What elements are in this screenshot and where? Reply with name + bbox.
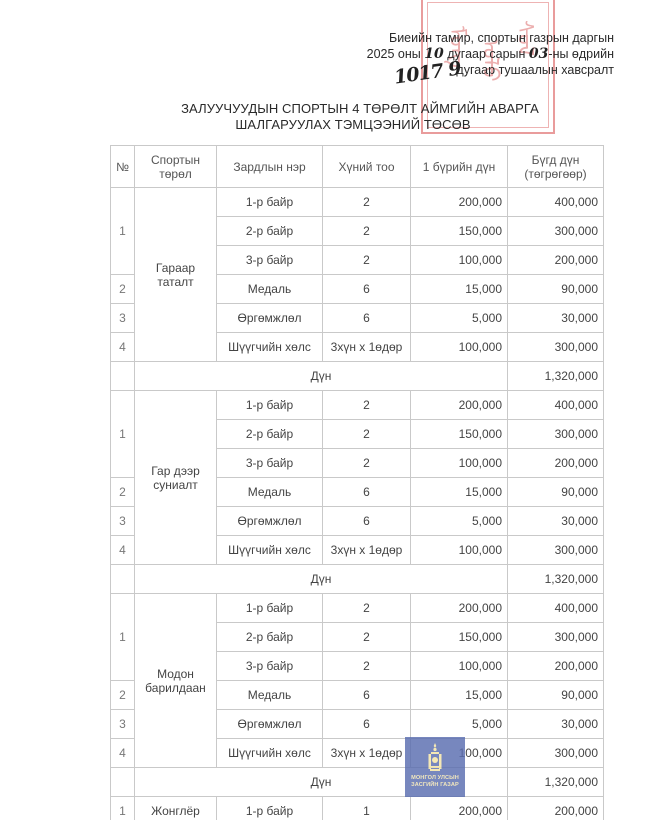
expense-name-cell: 2-р байр [217, 623, 323, 652]
sport-type-cell: Жонглёр [135, 797, 217, 820]
unit-amount-cell: 200,000 [411, 797, 508, 820]
total-amount-cell: 300,000 [508, 739, 604, 768]
unit-amount-cell: 15,000 [411, 681, 508, 710]
person-count-cell: 2 [323, 217, 411, 246]
expense-name-cell: 1-р байр [217, 188, 323, 217]
row-number: 1 [111, 391, 135, 478]
unit-amount-cell: 150,000 [411, 217, 508, 246]
unit-amount-cell: 200,000 [411, 391, 508, 420]
sport-type-cell: Модон барилдаан [135, 594, 217, 768]
expense-name-cell: Медаль [217, 478, 323, 507]
person-count-cell: 2 [323, 594, 411, 623]
sport-type-cell: Гараар таталт [135, 188, 217, 362]
total-amount-cell: 400,000 [508, 391, 604, 420]
table-row: 1Модон барилдаан1-р байр2200,000400,000 [111, 594, 604, 623]
unit-amount-cell: 100,000 [411, 536, 508, 565]
expense-name-cell: Өргөмжлөл [217, 507, 323, 536]
empty-cell [111, 565, 135, 594]
watermark-line-1: МОНГОЛ УЛСЫН [405, 775, 465, 782]
expense-name-cell: 3-р байр [217, 246, 323, 275]
approval-year-text: 2025 оны [367, 47, 421, 61]
total-amount-cell: 300,000 [508, 536, 604, 565]
approval-line-2: 2025 оны 10 дугаар сарын 03-ны өдрийн [367, 46, 614, 62]
empty-cell [111, 768, 135, 797]
sport-type-cell: Гар дээр суниалт [135, 391, 217, 565]
table-row: 1Жонглёр1-р байр1200,000200,000 [111, 797, 604, 820]
unit-amount-cell: 200,000 [411, 594, 508, 623]
header-expense-name: Зардлын нэр [217, 146, 323, 188]
person-count-cell: 2 [323, 420, 411, 449]
person-count-cell: 3хүн х 1өдөр [323, 333, 411, 362]
unit-amount-cell: 150,000 [411, 420, 508, 449]
approval-line-1: Биеийн тамир, спортын газрын даргын [367, 30, 614, 46]
header-unit-amount: 1 бүрийн дүн [411, 146, 508, 188]
section-sum-row: Дүн1,320,000 [111, 768, 604, 797]
total-amount-cell: 90,000 [508, 275, 604, 304]
unit-amount-cell: 200,000 [411, 188, 508, 217]
unit-amount-cell: 100,000 [411, 652, 508, 681]
section-sum-value: 1,320,000 [508, 565, 604, 594]
approval-order-text: дугаар тушаалын хавсралт [456, 63, 614, 77]
total-amount-cell: 30,000 [508, 507, 604, 536]
person-count-cell: 6 [323, 478, 411, 507]
unit-amount-cell: 100,000 [411, 333, 508, 362]
government-watermark: МОНГОЛ УЛСЫН ЗАСГИЙН ГАЗАР [405, 737, 465, 797]
total-amount-cell: 30,000 [508, 710, 604, 739]
expense-name-cell: Шүүгчийн хөлс [217, 536, 323, 565]
header-total-amount: Бүгд дүн (төгрөгөөр) [508, 146, 604, 188]
expense-name-cell: Медаль [217, 681, 323, 710]
expense-name-cell: 3-р байр [217, 449, 323, 478]
expense-name-cell: Шүүгчийн хөлс [217, 333, 323, 362]
unit-amount-cell: 5,000 [411, 304, 508, 333]
person-count-cell: 6 [323, 681, 411, 710]
person-count-cell: 6 [323, 275, 411, 304]
empty-cell [111, 362, 135, 391]
sum-label-cell: Дүн [135, 565, 508, 594]
expense-name-cell: Өргөмжлөл [217, 710, 323, 739]
row-number: 3 [111, 507, 135, 536]
total-amount-cell: 400,000 [508, 594, 604, 623]
sum-label-cell: Дүн [135, 362, 508, 391]
title-line-1: ЗАЛУУЧУУДЫН СПОРТЫН 4 ТӨРӨЛТ АЙМГИЙН АВА… [0, 101, 654, 117]
header-no: № [111, 146, 135, 188]
expense-name-cell: Медаль [217, 275, 323, 304]
person-count-cell: 6 [323, 304, 411, 333]
total-amount-cell: 300,000 [508, 623, 604, 652]
section-sum-value: 1,320,000 [508, 768, 604, 797]
section-sum-value: 1,320,000 [508, 362, 604, 391]
unit-amount-cell: 100,000 [411, 246, 508, 275]
expense-name-cell: 2-р байр [217, 420, 323, 449]
expense-name-cell: Шүүгчийн хөлс [217, 739, 323, 768]
total-amount-cell: 90,000 [508, 681, 604, 710]
unit-amount-cell: 5,000 [411, 710, 508, 739]
person-count-cell: 2 [323, 246, 411, 275]
row-number: 2 [111, 275, 135, 304]
header-sport-type: Спортын төрөл [135, 146, 217, 188]
table-row: 1Гараар таталт1-р байр2200,000400,000 [111, 188, 604, 217]
expense-name-cell: 2-р байр [217, 217, 323, 246]
person-count-cell: 1 [323, 797, 411, 820]
total-amount-cell: 300,000 [508, 333, 604, 362]
row-number: 4 [111, 333, 135, 362]
person-count-cell: 6 [323, 710, 411, 739]
person-count-cell: 3хүн х 1өдөр [323, 739, 411, 768]
approval-day-suffix: -ны өдрийн [548, 47, 614, 61]
section-sum-row: Дүн1,320,000 [111, 362, 604, 391]
table-header-row: № Спортын төрөл Зардлын нэр Хүний тоо 1 … [111, 146, 604, 188]
row-number: 1 [111, 797, 135, 820]
total-amount-cell: 200,000 [508, 246, 604, 275]
document-title: ЗАЛУУЧУУДЫН СПОРТЫН 4 ТӨРӨЛТ АЙМГИЙН АВА… [0, 101, 654, 133]
unit-amount-cell: 100,000 [411, 449, 508, 478]
title-line-2: ШАЛГАРУУЛАХ ТЭМЦЭЭНИЙ ТӨСӨВ [0, 117, 654, 133]
total-amount-cell: 400,000 [508, 188, 604, 217]
watermark-caption: МОНГОЛ УЛСЫН ЗАСГИЙН ГАЗАР [405, 775, 465, 789]
total-amount-cell: 300,000 [508, 217, 604, 246]
person-count-cell: 2 [323, 623, 411, 652]
row-number: 4 [111, 739, 135, 768]
person-count-cell: 6 [323, 507, 411, 536]
unit-amount-cell: 15,000 [411, 478, 508, 507]
table-body: 1Гараар таталт1-р байр2200,000400,0002-р… [111, 188, 604, 820]
unit-amount-cell: 5,000 [411, 507, 508, 536]
row-number: 3 [111, 304, 135, 333]
expense-name-cell: Өргөмжлөл [217, 304, 323, 333]
total-amount-cell: 200,000 [508, 797, 604, 820]
section-sum-row: Дүн1,320,000 [111, 565, 604, 594]
expense-name-cell: 1-р байр [217, 797, 323, 820]
person-count-cell: 2 [323, 449, 411, 478]
total-amount-cell: 200,000 [508, 449, 604, 478]
person-count-cell: 2 [323, 652, 411, 681]
expense-name-cell: 3-р байр [217, 652, 323, 681]
person-count-cell: 2 [323, 188, 411, 217]
person-count-cell: 2 [323, 391, 411, 420]
row-number: 3 [111, 710, 135, 739]
total-amount-cell: 90,000 [508, 478, 604, 507]
person-count-cell: 3хүн х 1өдөр [323, 536, 411, 565]
expense-name-cell: 1-р байр [217, 391, 323, 420]
unit-amount-cell: 15,000 [411, 275, 508, 304]
table-row: 1Гар дээр суниалт1-р байр2200,000400,000 [111, 391, 604, 420]
expense-name-cell: 1-р байр [217, 594, 323, 623]
total-amount-cell: 30,000 [508, 304, 604, 333]
row-number: 4 [111, 536, 135, 565]
handwritten-day: 03 [529, 46, 548, 62]
row-number: 1 [111, 188, 135, 275]
budget-table: № Спортын төрөл Зардлын нэр Хүний тоо 1 … [110, 145, 604, 820]
header-person-count: Хүний тоо [323, 146, 411, 188]
row-number: 1 [111, 594, 135, 681]
row-number: 2 [111, 681, 135, 710]
total-amount-cell: 300,000 [508, 420, 604, 449]
unit-amount-cell: 150,000 [411, 623, 508, 652]
soyombo-emblem-icon [428, 743, 442, 771]
watermark-line-2: ЗАСГИЙН ГАЗАР [405, 782, 465, 789]
row-number: 2 [111, 478, 135, 507]
total-amount-cell: 200,000 [508, 652, 604, 681]
